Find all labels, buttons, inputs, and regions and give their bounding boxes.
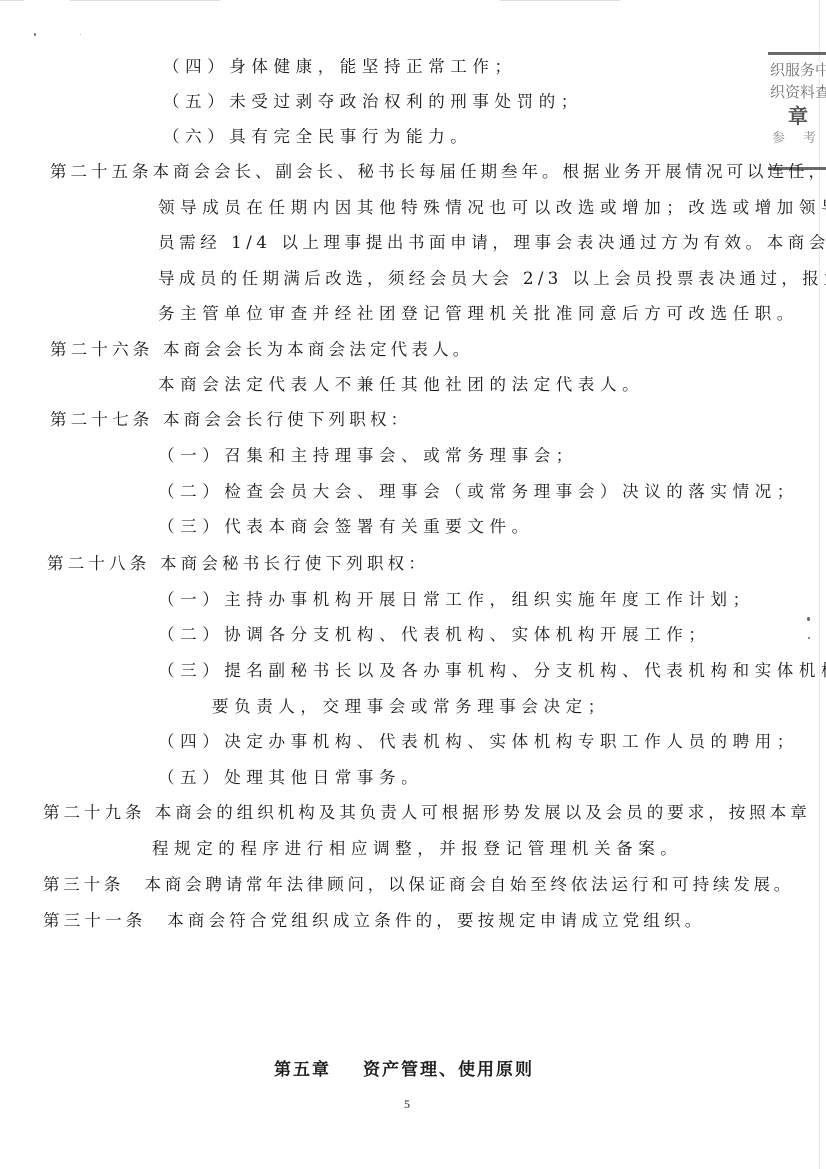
article-26-cont: 本商会法定代表人不兼任其他社团的法定代表人。 xyxy=(158,374,644,396)
stamp-line-2: 织资料查 xyxy=(768,81,826,103)
article-27-item-3: （三）代表本商会签署有关重要文件。 xyxy=(158,516,534,538)
scan-speck xyxy=(80,34,81,35)
article-26: 第二十六条 本商会会长为本商会法定代表人。 xyxy=(50,339,473,361)
article-31: 第三十一条 本商会符合党组织成立条件的，要按规定申请成立党组织。 xyxy=(43,910,705,932)
article-28: 第二十八条 本商会秘书长行使下列职权： xyxy=(47,553,429,575)
article-25-cont-2: 员需经 1/4 以上理事提出书面申请，理事会表决通过方为有效。本商会领 xyxy=(158,232,826,254)
scan-artifact xyxy=(0,0,24,1)
scan-artifact xyxy=(70,0,220,1)
article-28-item-3: （三）提名副秘书长以及各办事机构、分支机构、代表机构和实体机构主 xyxy=(158,660,826,682)
article-27-item-1: （一）召集和主持理事会、或常务理事会； xyxy=(158,445,578,467)
article-25-cont-3: 导成员的任期满后改选，须经会员大会 2/3 以上会员投票表决通过，报业 xyxy=(158,268,826,290)
article-29: 第二十九条 本商会的组织机构及其负责人可根据形势发展以及会员的要求，按照本章 xyxy=(43,802,811,824)
stamp-line-4: 参考 xyxy=(768,129,826,149)
scan-speck xyxy=(807,617,810,621)
list-item-4: （四）身体健康，能坚持正常工作； xyxy=(163,56,517,78)
chapter-heading: 第五章资产管理、使用原则 xyxy=(274,1055,534,1080)
article-28-item-4: （四）决定办事机构、代表机构、实体机构专职工作人员的聘用； xyxy=(158,731,799,753)
article-28-item-1: （一）主持办事机构开展日常工作，组织实施年度工作计划； xyxy=(158,589,755,611)
official-stamp: 织服务中 织资料查 章 参考 xyxy=(768,52,826,170)
list-item-6: （六）具有完全民事行为能力。 xyxy=(163,126,472,148)
article-29-cont: 程规定的程序进行相应调整，并报登记管理机关备案。 xyxy=(152,838,682,860)
scan-speck xyxy=(808,637,810,639)
article-27: 第二十七条 本商会会长行使下列职权： xyxy=(50,409,411,431)
article-30: 第三十条 本商会聘请常年法律顾问，以保证商会自始至终依法运行和可持续发展。 xyxy=(43,874,794,896)
stamp-line-3: 章 xyxy=(768,103,826,129)
scan-speck xyxy=(34,33,36,36)
document-page: 织服务中 织资料查 章 参考 （四）身体健康，能坚持正常工作； （五）未受过剥夺… xyxy=(0,0,826,1169)
list-item-5: （五）未受过剥夺政治权利的刑事处罚的； xyxy=(163,91,583,113)
article-25: 第二十五条本商会会长、副会长、秘书长每届任期叁年。根据业务开展情况可以连任， xyxy=(50,161,826,183)
page-number: 5 xyxy=(404,1097,410,1112)
article-28-item-3-cont: 要负责人，交理事会或常务理事会决定； xyxy=(212,696,610,718)
article-25-cont-4: 务主管单位审查并经社团登记管理机关批准同意后方可改选任职。 xyxy=(158,303,799,325)
chapter-title: 资产管理、使用原则 xyxy=(363,1060,534,1080)
article-25-cont-1: 领导成员在任期内因其他特殊情况也可以改选或增加；改选或增加领导成 xyxy=(158,197,826,219)
article-27-item-2: （二）检查会员大会、理事会（或常务理事会）决议的落实情况； xyxy=(158,481,799,503)
scan-artifact xyxy=(500,0,620,1)
article-28-item-2: （二）协调各分支机构、代表机构、实体机构开展工作； xyxy=(158,624,711,646)
stamp-line-1: 织服务中 xyxy=(768,59,826,81)
article-28-item-5: （五）处理其他日常事务。 xyxy=(158,767,423,789)
chapter-number: 第五章 xyxy=(274,1060,331,1080)
